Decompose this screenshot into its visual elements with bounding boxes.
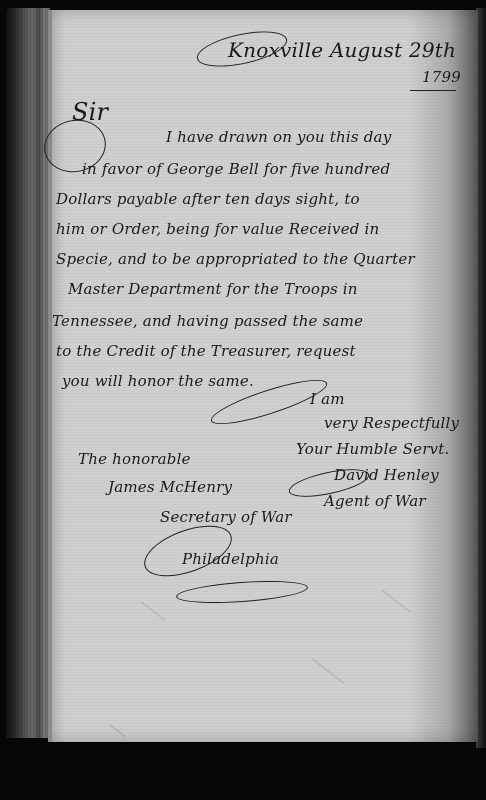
book-page-edges (6, 8, 50, 738)
paper-stain (381, 589, 411, 613)
signature: David Henley (334, 466, 439, 484)
address-line-4: Philadelphia (182, 550, 279, 568)
closing-line-3: Your Humble Servt. (296, 440, 449, 458)
body-line-5: Specie, and to be appropriated to the Qu… (56, 250, 415, 268)
body-line-6: Master Department for the Troops in (68, 280, 358, 298)
place-date: Knoxville August 29th (228, 38, 456, 62)
address-line-1: The honorable (78, 450, 191, 468)
paper-stain (312, 658, 345, 684)
letter-year: 1799 (422, 68, 461, 86)
address-line-3: Secretary of War (160, 508, 292, 526)
closing-line-2: very Respectfully (324, 414, 459, 432)
paper-stain (141, 601, 166, 621)
address-line-2: James McHenry (108, 478, 232, 496)
paper-stain (110, 724, 127, 738)
bottom-flourish (175, 577, 308, 606)
signer-title: Agent of War (324, 492, 426, 510)
body-line-3: Dollars payable after ten days sight, to (56, 190, 360, 208)
closing-line-1: I am (310, 390, 345, 408)
body-line-7: Tennessee, and having passed the same (52, 312, 363, 330)
body-line-1: I have drawn on you this day (166, 128, 391, 146)
year-underline (410, 90, 456, 91)
body-line-4: him or Order, being for value Received i… (56, 220, 379, 238)
body-line-2: in favor of George Bell for five hundred (82, 160, 390, 178)
letter-page: Knoxville August 29th 1799 Sir I have dr… (48, 10, 478, 742)
body-line-8: to the Credit of the Treasurer, request (56, 342, 356, 360)
body-line-9: you will honor the same. (62, 372, 254, 390)
